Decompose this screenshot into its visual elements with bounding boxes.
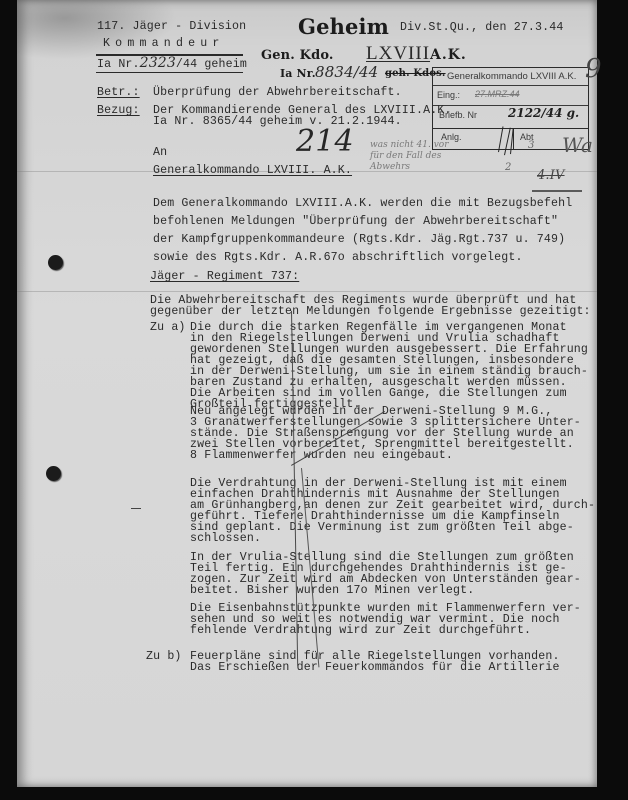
bezug-line-2: Ia Nr. 8365/44 geheim v. 21.2.1944.	[153, 116, 402, 128]
receipt-stamp: Generalkommando LXVIII A.K. Eing.: 27.MR…	[432, 67, 589, 129]
intro-line: der Kampfgruppenkommandeure (Rgts.Kdr. J…	[153, 234, 565, 246]
corps-suffix: A.K.	[430, 47, 467, 63]
handwritten-digit-3: 3	[528, 140, 535, 152]
margin-dash	[131, 508, 141, 509]
handwritten-digit-2: 2	[505, 162, 512, 174]
section-intro-line: gegenüber der letzten Meldungen folgende…	[150, 306, 591, 318]
zu-b-line: Das Erschießen der Feuerkommandos für di…	[190, 662, 560, 674]
corps-roman: LXVIII	[366, 43, 430, 64]
stamp-briefb-value: 2122/44 g.	[508, 106, 579, 120]
section-heading: Jäger - Regiment 737:	[150, 271, 299, 283]
addressee-an: An	[153, 147, 167, 159]
stamp-eing-value: 27.MRZ.44	[475, 89, 520, 99]
corner-handwritten-mark: 9	[585, 55, 602, 83]
margin-note-line: was nicht 41. vor	[370, 140, 449, 150]
betr-text: Überprüfung der Abwehrbereitschaft.	[153, 87, 402, 99]
zu-a-line: schlossen.	[190, 533, 261, 545]
handwritten-number: 214	[296, 126, 354, 158]
zu-b-label: Zu b)	[146, 651, 182, 663]
margin-note-line: Abwehrs	[370, 162, 410, 172]
margin-note-line: für den Fall des	[370, 151, 441, 161]
corps-number: LXVIIIA.K.	[366, 44, 467, 65]
classification-geheim: Geheim	[298, 15, 389, 39]
punch-hole	[48, 255, 63, 270]
place-date: Div.St.Qu., den 27.3.44	[400, 22, 563, 34]
gen-kdo-number-prefix: Ia Nr.	[280, 68, 316, 80]
zu-a-line: 8 Flammenwerfer wurden neu eingebaut.	[190, 450, 453, 462]
zu-a-line: fehlende Verdrahtung wird zur Zeit durch…	[190, 625, 531, 637]
role-title: Kommandeur	[103, 38, 225, 50]
file-number: Ia Nr.2323/44 geheim	[97, 57, 247, 71]
stamp-title: Generalkommando LXVIII A.K.	[447, 71, 576, 82]
file-number-underline	[96, 72, 243, 73]
punch-hole	[46, 466, 61, 481]
file-number-suffix: /44 geheim	[176, 58, 247, 71]
intro-line: befohlenen Meldungen "Überprüfung der Ab…	[153, 216, 558, 228]
division-name: 117. Jäger - Division	[97, 21, 246, 33]
bezug-label: Bezug:	[97, 105, 140, 117]
handwritten-margin-note: was nicht 41. vor für den Fall des Abweh…	[370, 140, 449, 173]
fold-line	[17, 291, 597, 292]
betr-label: Betr.:	[97, 87, 140, 99]
pencil-underline	[532, 190, 582, 192]
zu-a-line: beitet. Bisher wurden 17o Minen verlegt.	[190, 585, 474, 597]
gen-kdo-label: Gen. Kdo.	[261, 50, 334, 62]
intro-line: sowie des Rgts.Kdr. A.R.67o abschriftlic…	[153, 252, 523, 264]
addressee-name: Generalkommando LXVIII. A.K.	[153, 165, 352, 177]
gen-kdo-number-handwritten: 8834/44	[315, 64, 378, 80]
handwritten-crossed-date: 4.IV	[537, 170, 565, 182]
handwritten-initials: Wa	[562, 135, 593, 155]
file-number-handwritten: 2323	[140, 55, 176, 71]
file-number-prefix: Ia Nr.	[97, 58, 140, 71]
intro-line: Dem Generalkommando LXVIII.A.K. werden d…	[153, 198, 572, 210]
zu-a-label: Zu a)	[150, 322, 186, 334]
stamp-eing-label: Eing.:	[437, 90, 460, 100]
